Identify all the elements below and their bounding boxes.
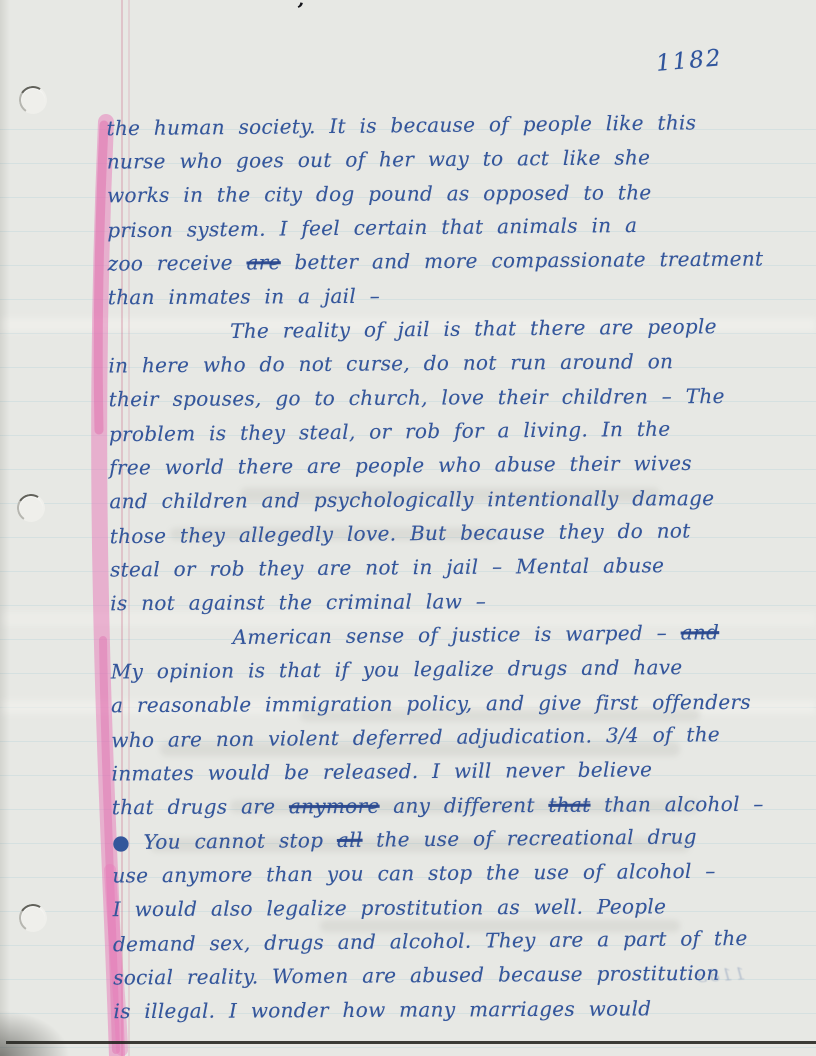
handwritten-line: those they allegedly love. But because t… <box>110 513 758 553</box>
handwritten-line: ● You cannot stop all the use of recreat… <box>112 819 760 859</box>
handwritten-line: is not against the criminal law – <box>110 583 758 620</box>
handwritten-line: is illegal. I wonder how many marriages … <box>113 991 761 1028</box>
handwritten-line: than inmates in a jail – <box>108 277 756 314</box>
hole-punch-bottom <box>16 901 49 934</box>
handwritten-line: American sense of justice is warped – an… <box>110 615 758 655</box>
handwritten-line: demand sex, drugs and alcohol. They are … <box>113 921 761 961</box>
handwritten-line: their spouses, go to church, love their … <box>109 379 757 416</box>
handwritten-line: problem is they steal, or rob for a livi… <box>109 411 757 451</box>
letter-lines: the human society. It is because of peop… <box>106 105 761 1028</box>
handwritten-line: free world there are people who abuse th… <box>109 445 757 484</box>
handwritten-line: works in the city dog pound as opposed t… <box>107 175 755 212</box>
ink-tick-mark: ’ <box>294 0 306 22</box>
handwritten-line: use anymore than you can stop the use of… <box>112 853 760 892</box>
handwritten-line: zoo receive are better and more compassi… <box>107 241 755 280</box>
handwritten-line: social reality. Women are abused because… <box>113 955 761 994</box>
scanned-letter-page: ’ 1182 1183 the human society. It is bec… <box>0 0 816 1056</box>
handwritten-line: that drugs are anymore any different tha… <box>112 787 760 824</box>
handwritten-line: prison system. I feel certain that anima… <box>107 207 755 247</box>
handwritten-line: My opinion is that if you legalize drugs… <box>111 649 759 688</box>
handwritten-line: I would also legalize prostitution as we… <box>113 889 761 926</box>
page-number: 1182 <box>655 45 724 77</box>
handwritten-line: The reality of jail is that there are pe… <box>108 309 756 349</box>
hole-punch-top <box>16 83 49 116</box>
handwritten-line: who are non violent deferred adjudicatio… <box>111 717 759 757</box>
handwritten-line: nurse who goes out of her way to act lik… <box>107 139 755 178</box>
handwritten-line: a reasonable immigration policy, and giv… <box>111 685 759 722</box>
hole-punch-middle <box>14 491 47 524</box>
handwritten-line: and children and psychologically intenti… <box>109 481 757 518</box>
handwritten-line: inmates would be released. I will never … <box>111 751 759 790</box>
scan-left-shade <box>0 0 10 1056</box>
scan-corner-shadow <box>0 1010 70 1056</box>
scan-bottom-edge <box>6 1041 816 1044</box>
handwritten-line: the human society. It is because of peop… <box>106 105 754 145</box>
handwritten-line: steal or rob they are not in jail – Ment… <box>110 547 758 586</box>
handwritten-line: in here who do not curse, do not run aro… <box>108 343 756 382</box>
